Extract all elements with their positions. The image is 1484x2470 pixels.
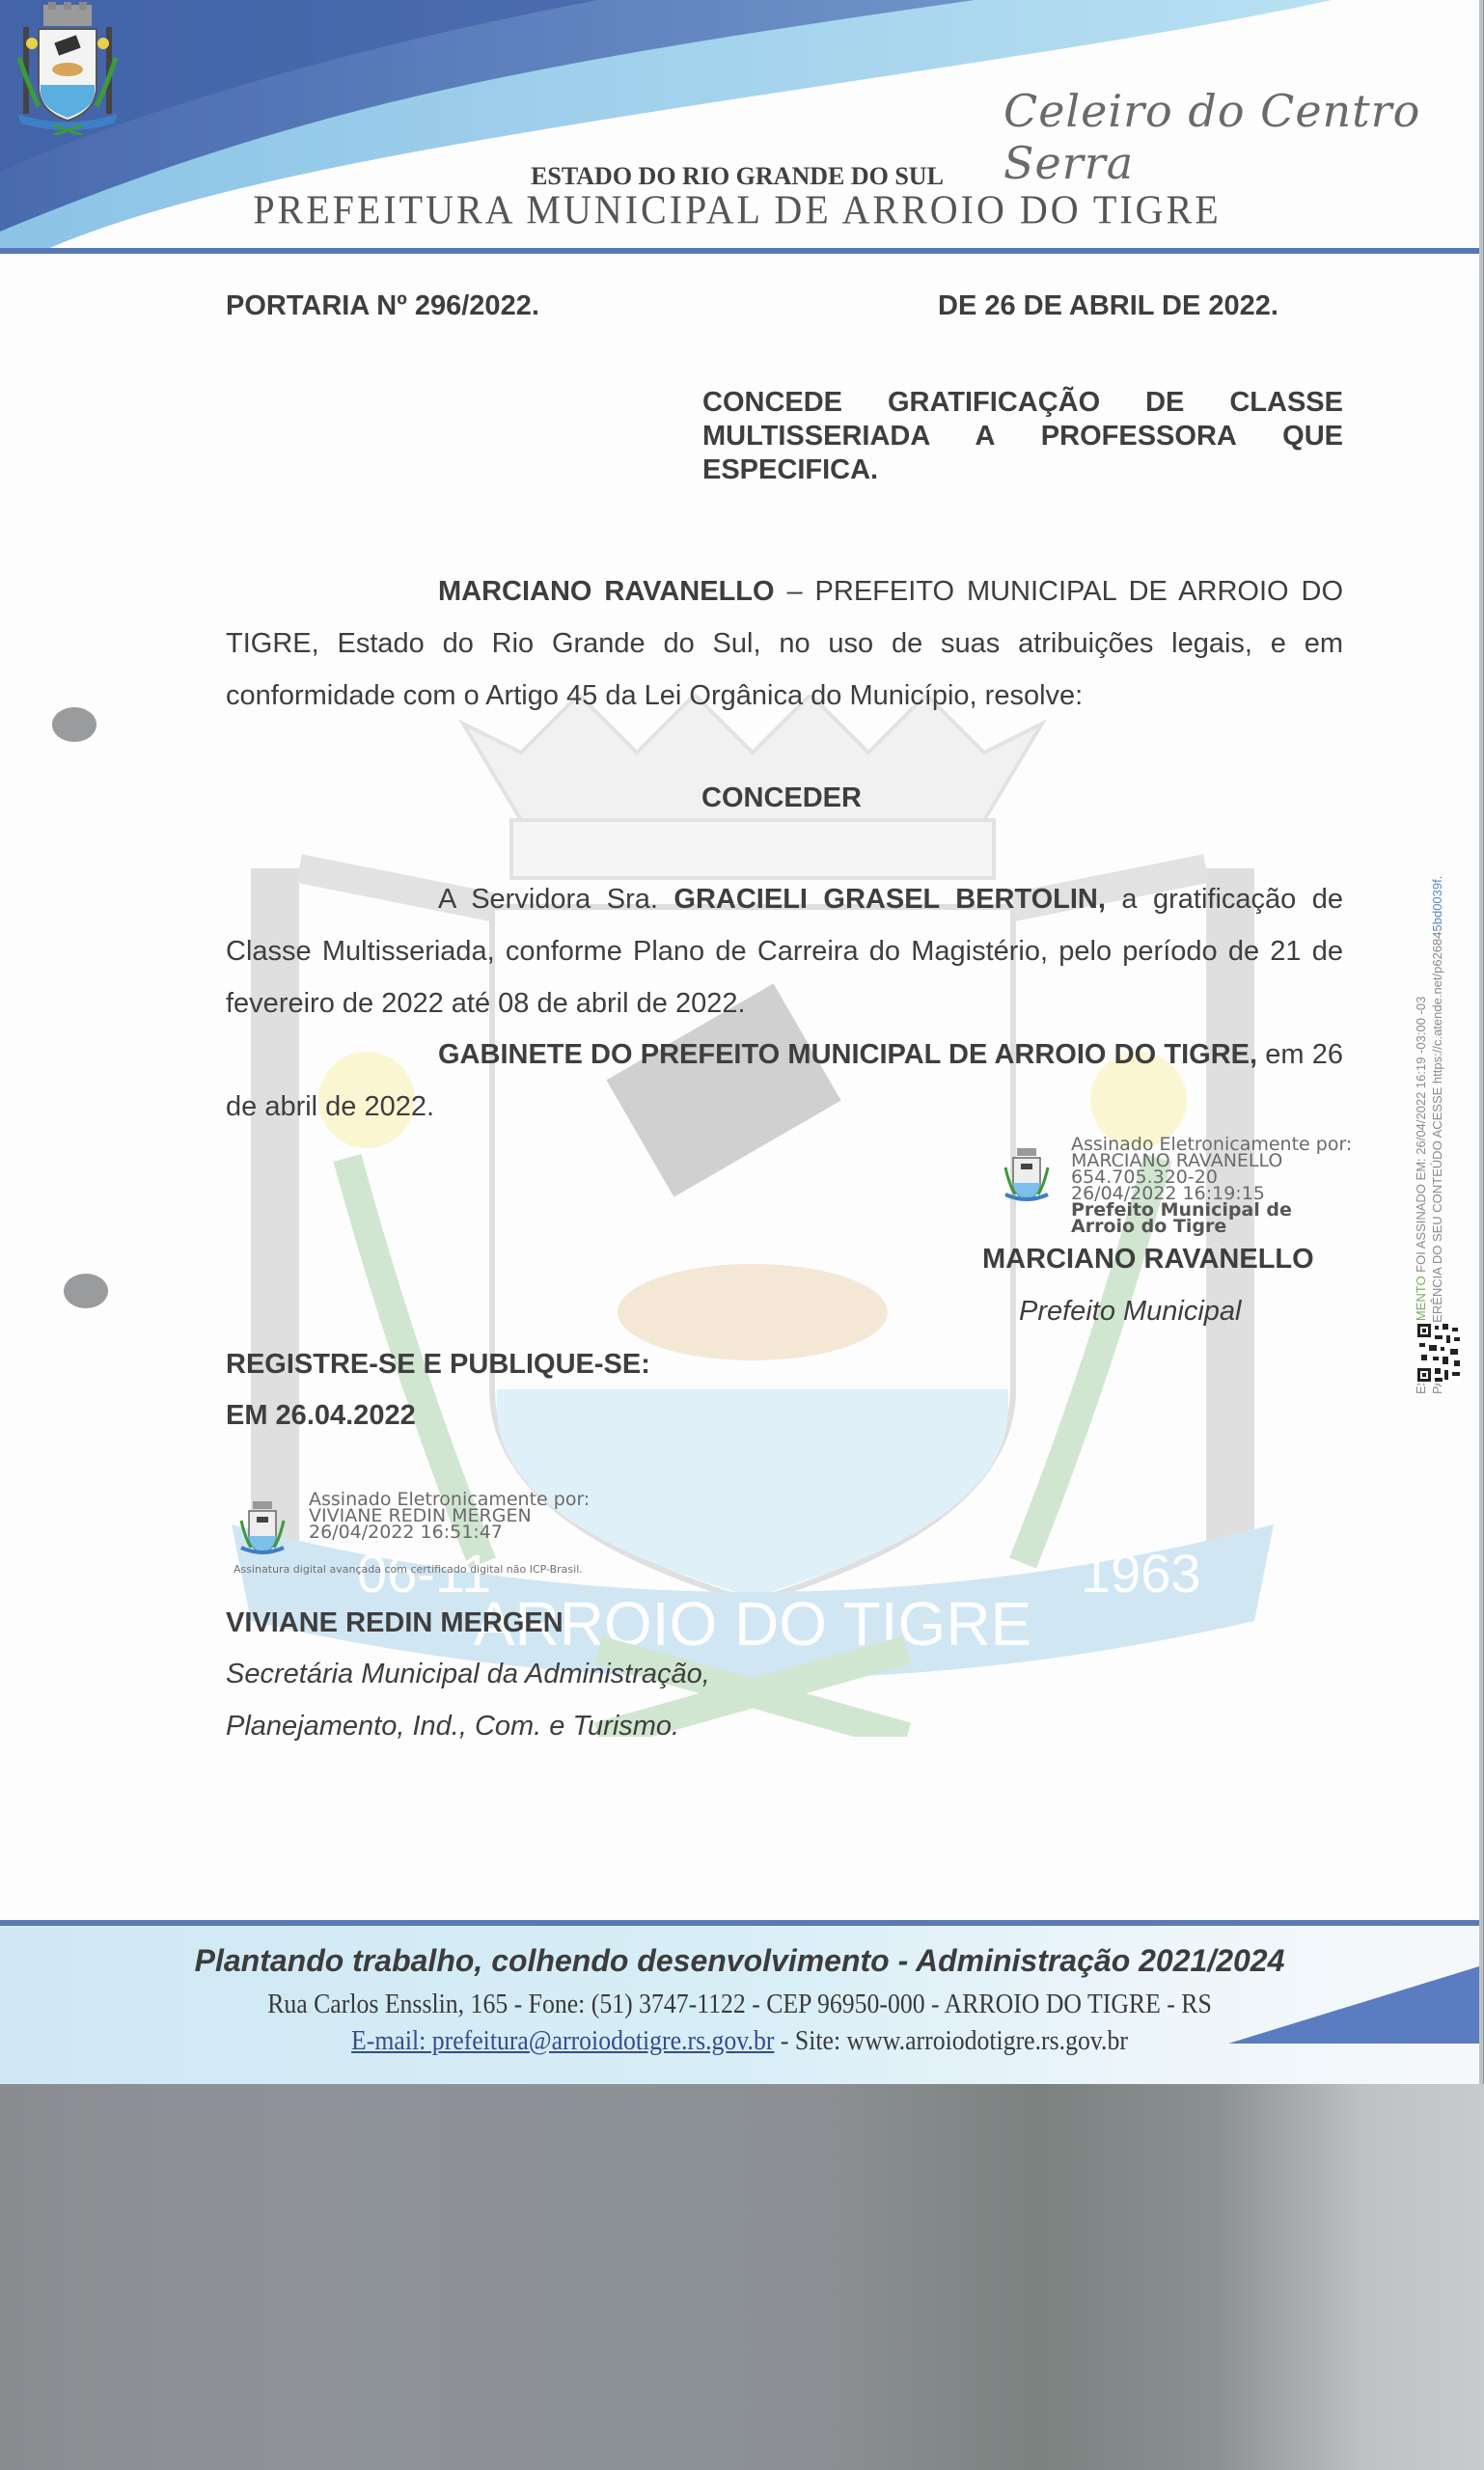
servant-name: GRACIELI GRASEL BERTOLIN, [673, 884, 1106, 915]
address-line: Rua Carlos Ensslin, 165 - Fone: (51) 374… [59, 1990, 1419, 2020]
closing-bold: GABINETE DO PREFEITO MUNICIPAL DE ARROIO… [438, 1039, 1257, 1070]
scanner-background [0, 2084, 1484, 2470]
mayor-name: MARCIANO RAVANELLO [982, 1235, 1314, 1283]
secretary-role: Planejamento, Ind., Com. e Turismo. [226, 1700, 679, 1752]
signature-note: Assinatura digital avançada com certific… [234, 1563, 639, 1576]
punch-hole [64, 1274, 108, 1308]
mayor-role: Prefeito Municipal [1019, 1287, 1242, 1335]
closing-paragraph: GABINETE DO PREFEITO MUNICIPAL DE ARROIO… [226, 1029, 1343, 1133]
secretary-name: VIVIANE REDIN MERGEN [226, 1597, 563, 1649]
portaria-date: DE 26 DE ABRIL DE 2022. [938, 280, 1278, 332]
ementa-line: CONCEDE GRATIFICAÇÃO DE CLASSE [702, 386, 1343, 420]
svg-text:1963: 1963 [1081, 1543, 1201, 1604]
body-prefix: A Servidora Sra. [438, 884, 673, 915]
signer-role: Arroio do Tigre [1071, 1219, 1352, 1235]
registre-heading: REGISTRE-SE E PUBLIQUE-SE: [226, 1338, 650, 1390]
signature-datetime: 26/04/2022 16:51:47 [309, 1524, 590, 1541]
preamble-paragraph: MARCIANO RAVANELLO – PREFEITO MUNICIPAL … [226, 565, 1343, 722]
header-divider [0, 248, 1479, 254]
body-paragraph: A Servidora Sra. GRACIELI GRASEL BERTOLI… [226, 873, 1343, 1029]
secretary-role: Secretária Municipal da Administração, [226, 1648, 710, 1700]
verification-stamp: ESTE DOCUMENTO FOI ASSINADO EM: 26/04/20… [1413, 876, 1445, 1394]
ementa-line: MULTISSERIADA A PROFESSORA QUE [702, 420, 1343, 453]
stamp-text: MENTO [1414, 1276, 1428, 1321]
administration-slogan: Plantando trabalho, colhendo desenvolvim… [0, 1943, 1479, 1979]
ementa-line: ESPECIFICA. [702, 453, 1343, 487]
email-link[interactable]: E-mail: prefeitura@arroiodotigre.rs.gov.… [351, 2026, 774, 2056]
signature-crest-icon [1000, 1146, 1054, 1204]
registration-date: EM 26.04.2022 [226, 1389, 416, 1441]
mayor-signature-details: Assinado Eletronicamente por: MARCIANO R… [1071, 1137, 1352, 1235]
punch-hole [52, 707, 96, 742]
preamble-text: – PREFEITO MUNICIPAL DE ARROIO DO TIGRE,… [226, 576, 1343, 711]
verification-link[interactable]: https://c.atende.net/p62684 [1430, 931, 1444, 1084]
letterhead: Celeiro do Centro Serra ESTADO DO RIO GR… [0, 0, 1479, 253]
prefeitura-name: PREFEITURA MUNICIPAL DE ARROIO DO TIGRE [0, 186, 1474, 233]
site-text: - Site: www.arroiodotigre.rs.gov.br [774, 2026, 1128, 2056]
secretary-signature-details: Assinado Eletronicamente por: VIVIANE RE… [309, 1492, 590, 1541]
stamp-text: 5bd0039f. [1430, 876, 1444, 932]
action-heading: CONCEDER [0, 772, 1483, 824]
qr-code-icon[interactable] [1415, 1322, 1462, 1384]
mayor-name-inline: MARCIANO RAVANELLO [438, 576, 775, 607]
ementa: CONCEDE GRATIFICAÇÃO DE CLASSE MULTISSER… [702, 386, 1343, 487]
footer-divider [0, 1920, 1479, 1926]
document-page: Celeiro do Centro Serra ESTADO DO RIO GR… [0, 0, 1483, 2084]
contact-line: E-mail: prefeitura@arroiodotigre.rs.gov.… [59, 2026, 1419, 2057]
portaria-number: PORTARIA Nº 296/2022. [226, 280, 539, 332]
signature-crest-icon [235, 1499, 289, 1557]
letterhead-footer: Plantando trabalho, colhendo desenvolvim… [0, 1920, 1479, 2084]
municipal-crest-icon [0, 0, 135, 135]
stamp-text: FOI ASSINADO EM: 26/04/2022 16:19 -03:00… [1414, 997, 1428, 1276]
